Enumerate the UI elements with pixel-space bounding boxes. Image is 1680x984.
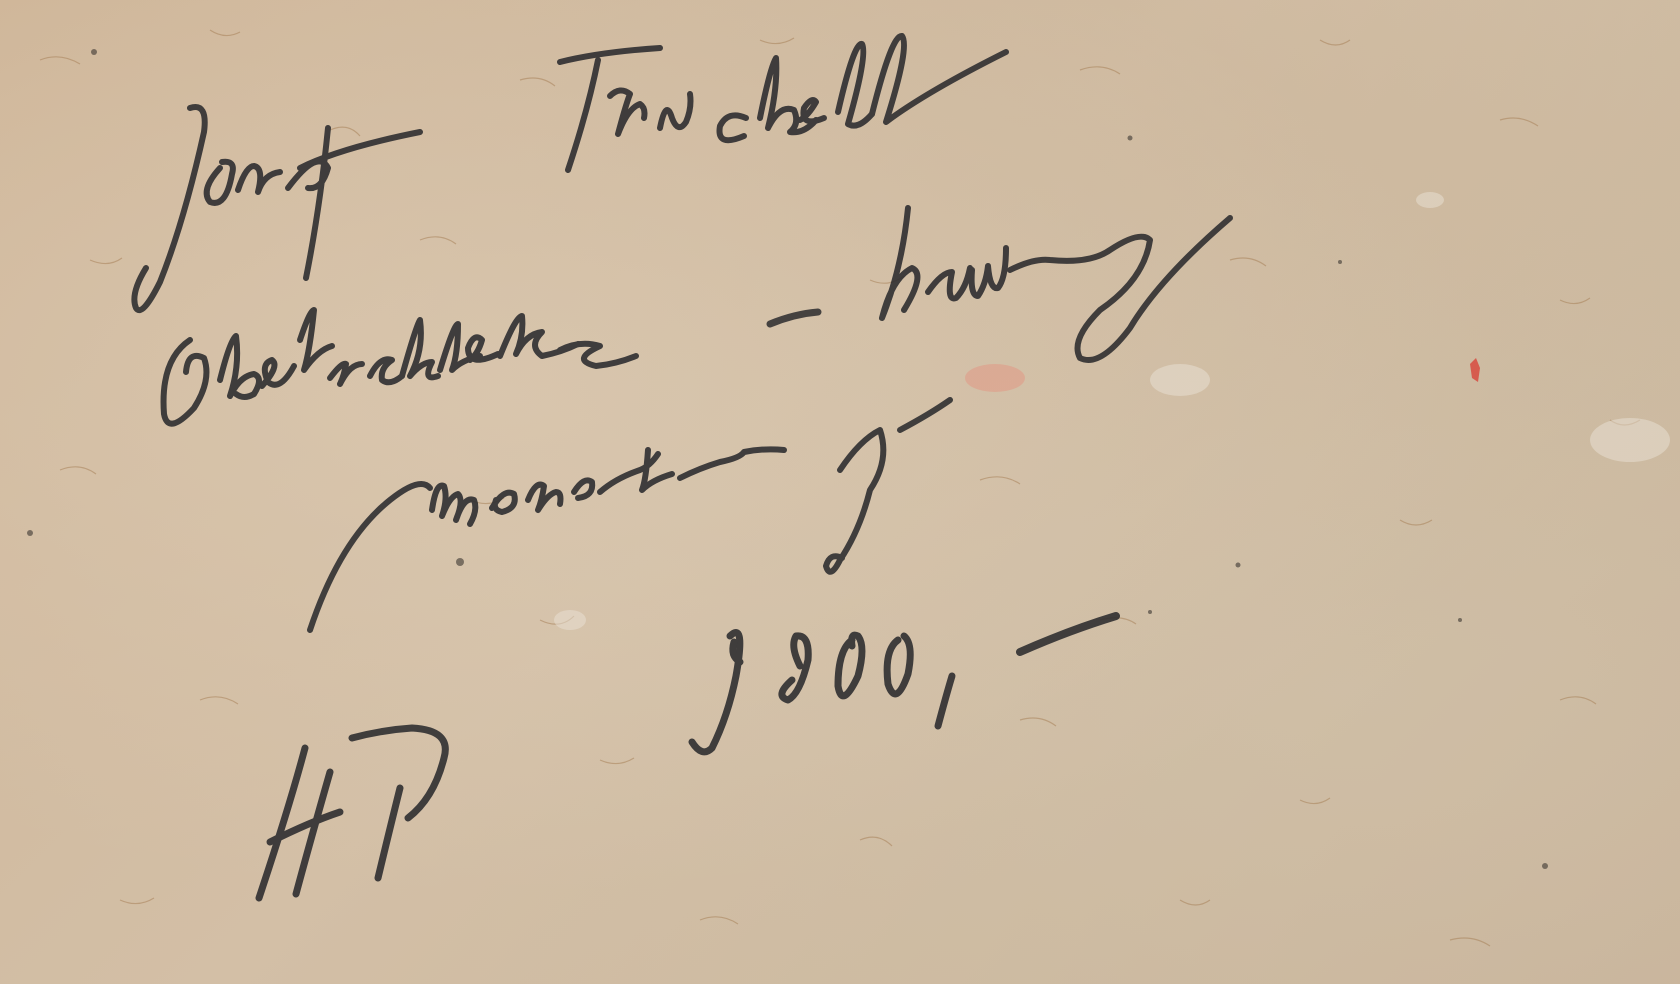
- inscription-line-1-surname: [560, 36, 1006, 170]
- inscription-dash: [770, 312, 818, 324]
- inscription-line-2-word-2: [882, 208, 1230, 360]
- inscription-line-2-word-1: [164, 310, 636, 424]
- inscription-initials: [259, 728, 445, 898]
- inscription-price: [692, 616, 1116, 752]
- pencil-inscription: [0, 0, 1680, 984]
- inscription-line-3: [310, 400, 950, 630]
- cardboard-surface: Jorg Truckell Abstrakte - bewegung monot…: [0, 0, 1680, 984]
- inscription-line-1-first-name: [134, 107, 420, 310]
